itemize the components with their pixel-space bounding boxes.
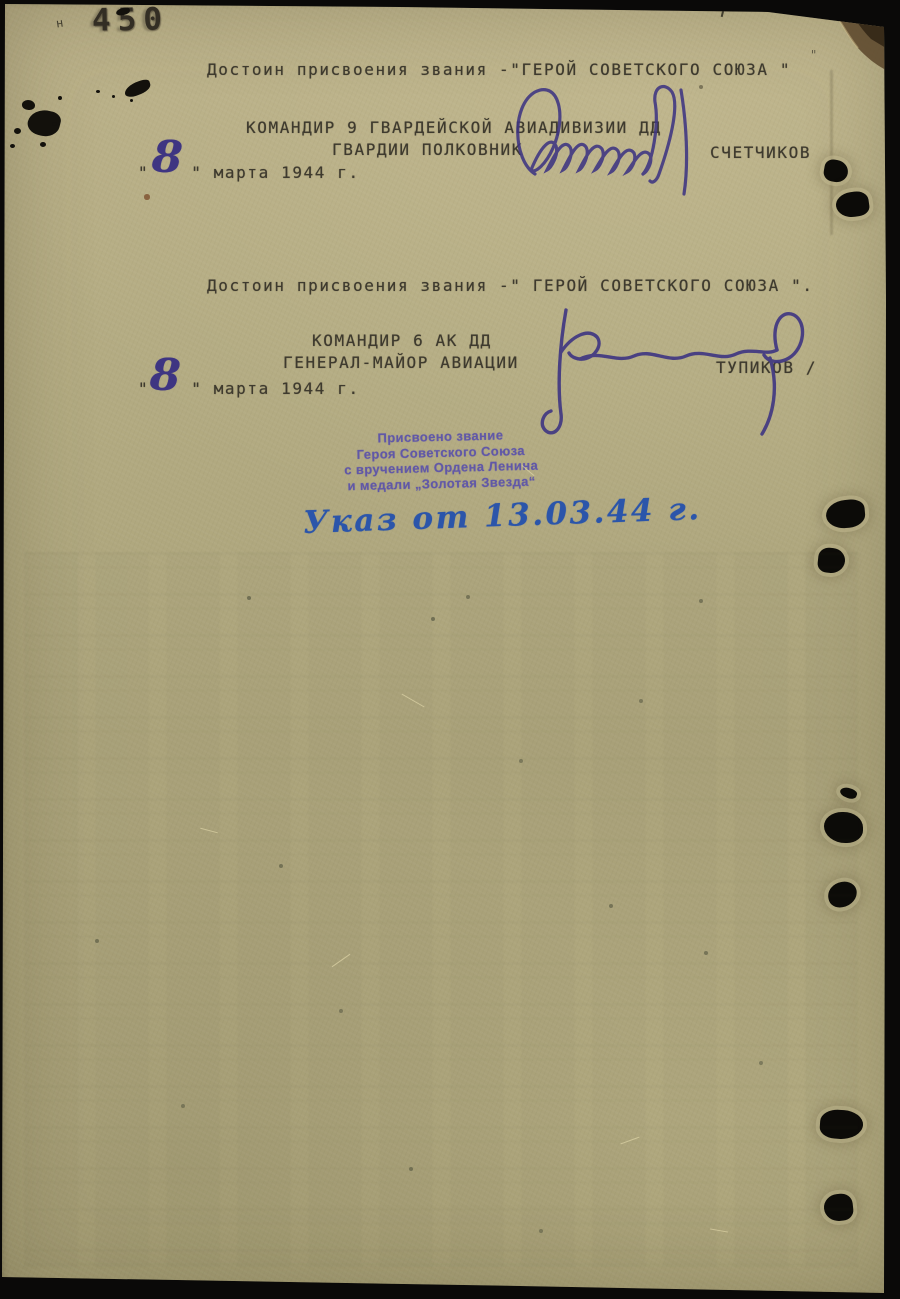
punch-hole xyxy=(823,1193,855,1223)
bleed-through-text xyxy=(24,552,858,1268)
ink-speck xyxy=(96,90,100,93)
commander2-surname: ТУПИКОВ / xyxy=(716,358,817,377)
paper-crease xyxy=(830,70,833,235)
punch-hole xyxy=(825,498,866,529)
ink-speck xyxy=(130,99,133,102)
worthiness-line-1: Достоин присвоения звания -"ГЕРОЙ СОВЕТС… xyxy=(207,60,791,79)
stray-typed-char: н xyxy=(55,16,64,31)
commander2-title-line1: КОМАНДИР 6 АК ДД xyxy=(312,331,492,350)
paper-texture xyxy=(0,0,900,1299)
punch-hole xyxy=(819,1109,864,1141)
pen-tick xyxy=(721,6,726,17)
paper-fiber xyxy=(200,828,218,834)
punch-hole xyxy=(824,812,863,843)
date1-rest: " марта 1944 г. xyxy=(191,163,360,182)
decree-handwritten-note: Указ от 13.03.44 г. xyxy=(302,491,702,541)
date1-open-quote: " xyxy=(138,163,149,182)
date2-open-quote: " xyxy=(138,379,149,398)
page-number-stamp: 450 xyxy=(92,1,170,38)
commander1-surname: СЧЕТЧИКОВ xyxy=(710,143,811,162)
date2-rest: " марта 1944 г. xyxy=(191,379,360,398)
paper-fiber xyxy=(332,954,351,967)
punch-hole xyxy=(822,158,849,184)
paper-sheet: 450 н " Достоин присвоения звания -"ГЕРО… xyxy=(0,0,900,1299)
punch-hole xyxy=(826,880,859,910)
paper-fiber xyxy=(401,694,424,708)
commander1-title-line2: ГВАРДИИ ПОЛКОВНИК xyxy=(332,140,523,159)
paper-fiber xyxy=(620,1137,639,1145)
punch-hole xyxy=(834,190,870,219)
paper-fiber xyxy=(710,1228,728,1232)
handwritten-day-1: 8 xyxy=(151,135,184,181)
pencil-quote-mark: " xyxy=(810,48,817,62)
ink-blot xyxy=(123,78,153,99)
ink-blot xyxy=(14,128,21,134)
punch-hole xyxy=(839,785,858,800)
ink-blot xyxy=(25,107,62,140)
corner-stain xyxy=(824,6,886,86)
commander2-title-line2: ГЕНЕРАЛ-МАЙОР АВИАЦИИ xyxy=(283,353,519,372)
handwritten-day-2: 8 xyxy=(149,353,182,399)
commander1-title-line1: КОМАНДИР 9 ГВАРДЕЙСКОЙ АВИАДИВИЗИИ ДД xyxy=(246,118,662,137)
worthiness-line-2: Достоин присвоения звания -" ГЕРОЙ СОВЕТ… xyxy=(207,276,814,295)
scanned-document: 450 н " Достоин присвоения звания -"ГЕРО… xyxy=(0,0,900,1299)
ink-speck xyxy=(112,95,115,98)
award-stamp: Присвоено звание Героя Советского Союза … xyxy=(327,426,554,494)
paper-specks xyxy=(0,0,2,2)
ink-blot xyxy=(58,96,62,100)
ink-blot xyxy=(10,144,15,148)
ink-blot xyxy=(22,100,35,110)
punch-hole xyxy=(817,547,846,575)
ink-blot xyxy=(40,142,46,147)
ink-blot xyxy=(52,122,57,126)
